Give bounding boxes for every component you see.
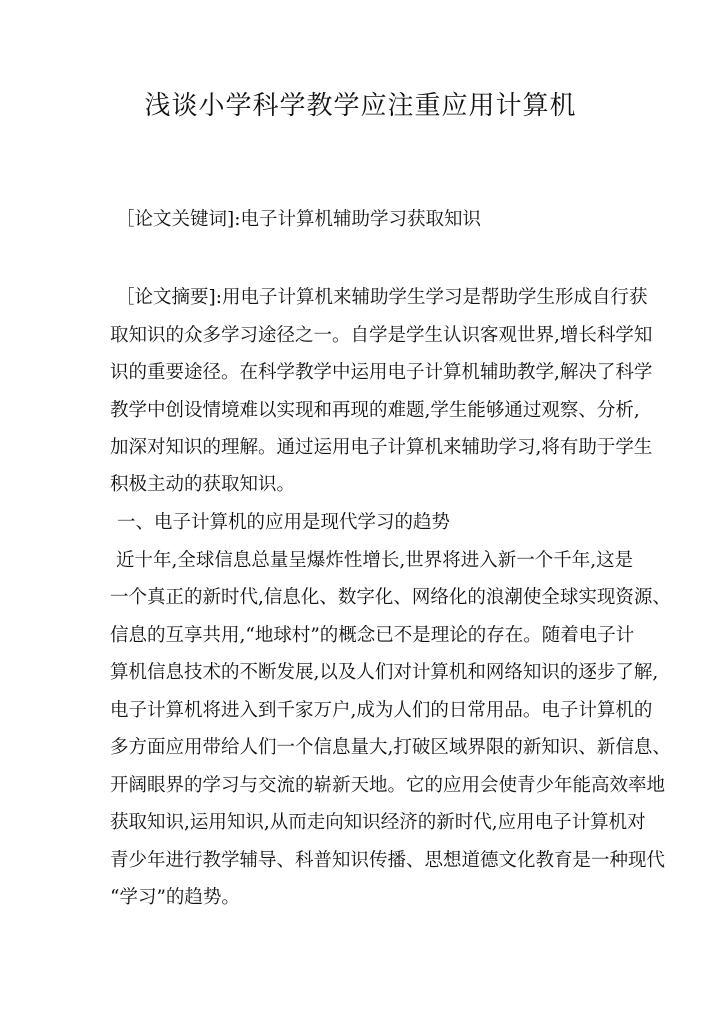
abstract-line: 识的重要途径。在科学教学中运用电子计算机辅助教学,解决了科学: [110, 360, 613, 386]
body-line: “学习”的趋势。: [110, 885, 613, 911]
body-line: 开阔眼界的学习与交流的崭新天地。它的应用会使青少年能高效率地: [110, 773, 613, 799]
body-line: 青少年进行教学辅导、科普知识传播、思想道德文化教育是一种现代: [110, 848, 613, 874]
document-title: 浅谈小学科学教学应注重应用计算机: [0, 88, 721, 124]
body-line: 多方面应用带给人们一个信息量大,打破区域界限的新知识、新信息、: [110, 735, 613, 761]
abstract-line: 教学中创设情境难以实现和再现的难题,学生能够通过观察、分析,: [110, 398, 613, 424]
keywords-line: ［论文关键词]:电子计算机辅助学习获取知识: [116, 207, 619, 233]
body-line: 近十年,全球信息总量呈爆炸性增长,世界将进入新一个千年,这是: [116, 548, 613, 574]
abstract-line: 加深对知识的理解。通过运用电子计算机来辅助学习,将有助于学生: [110, 435, 613, 461]
body-line: 算机信息技术的不断发展,以及人们对计算机和网络知识的逐步了解,: [110, 660, 613, 686]
body-line: 一个真正的新时代,信息化、数字化、网络化的浪潮使全球实现资源、: [110, 585, 613, 611]
body-line: 信息的互享共用,“地球村”的概念已不是理论的存在。随着电子计: [110, 623, 613, 649]
abstract-line: ［论文摘要]:用电子计算机来辅助学生学习是帮助学生形成自行获: [116, 285, 613, 311]
section-heading: 一、电子计算机的应用是现代学习的趋势: [117, 510, 620, 536]
abstract-line: 积极主动的获取知识。: [110, 472, 613, 498]
abstract-line: 取知识的众多学习途径之一。自学是学生认识客观世界,增长科学知: [110, 323, 613, 349]
body-line: 获取知识,运用知识,从而走向知识经济的新时代,应用电子计算机对: [110, 810, 613, 836]
body-line: 电子计算机将进入到千家万户,成为人们的日常用品。电子计算机的: [110, 698, 613, 724]
